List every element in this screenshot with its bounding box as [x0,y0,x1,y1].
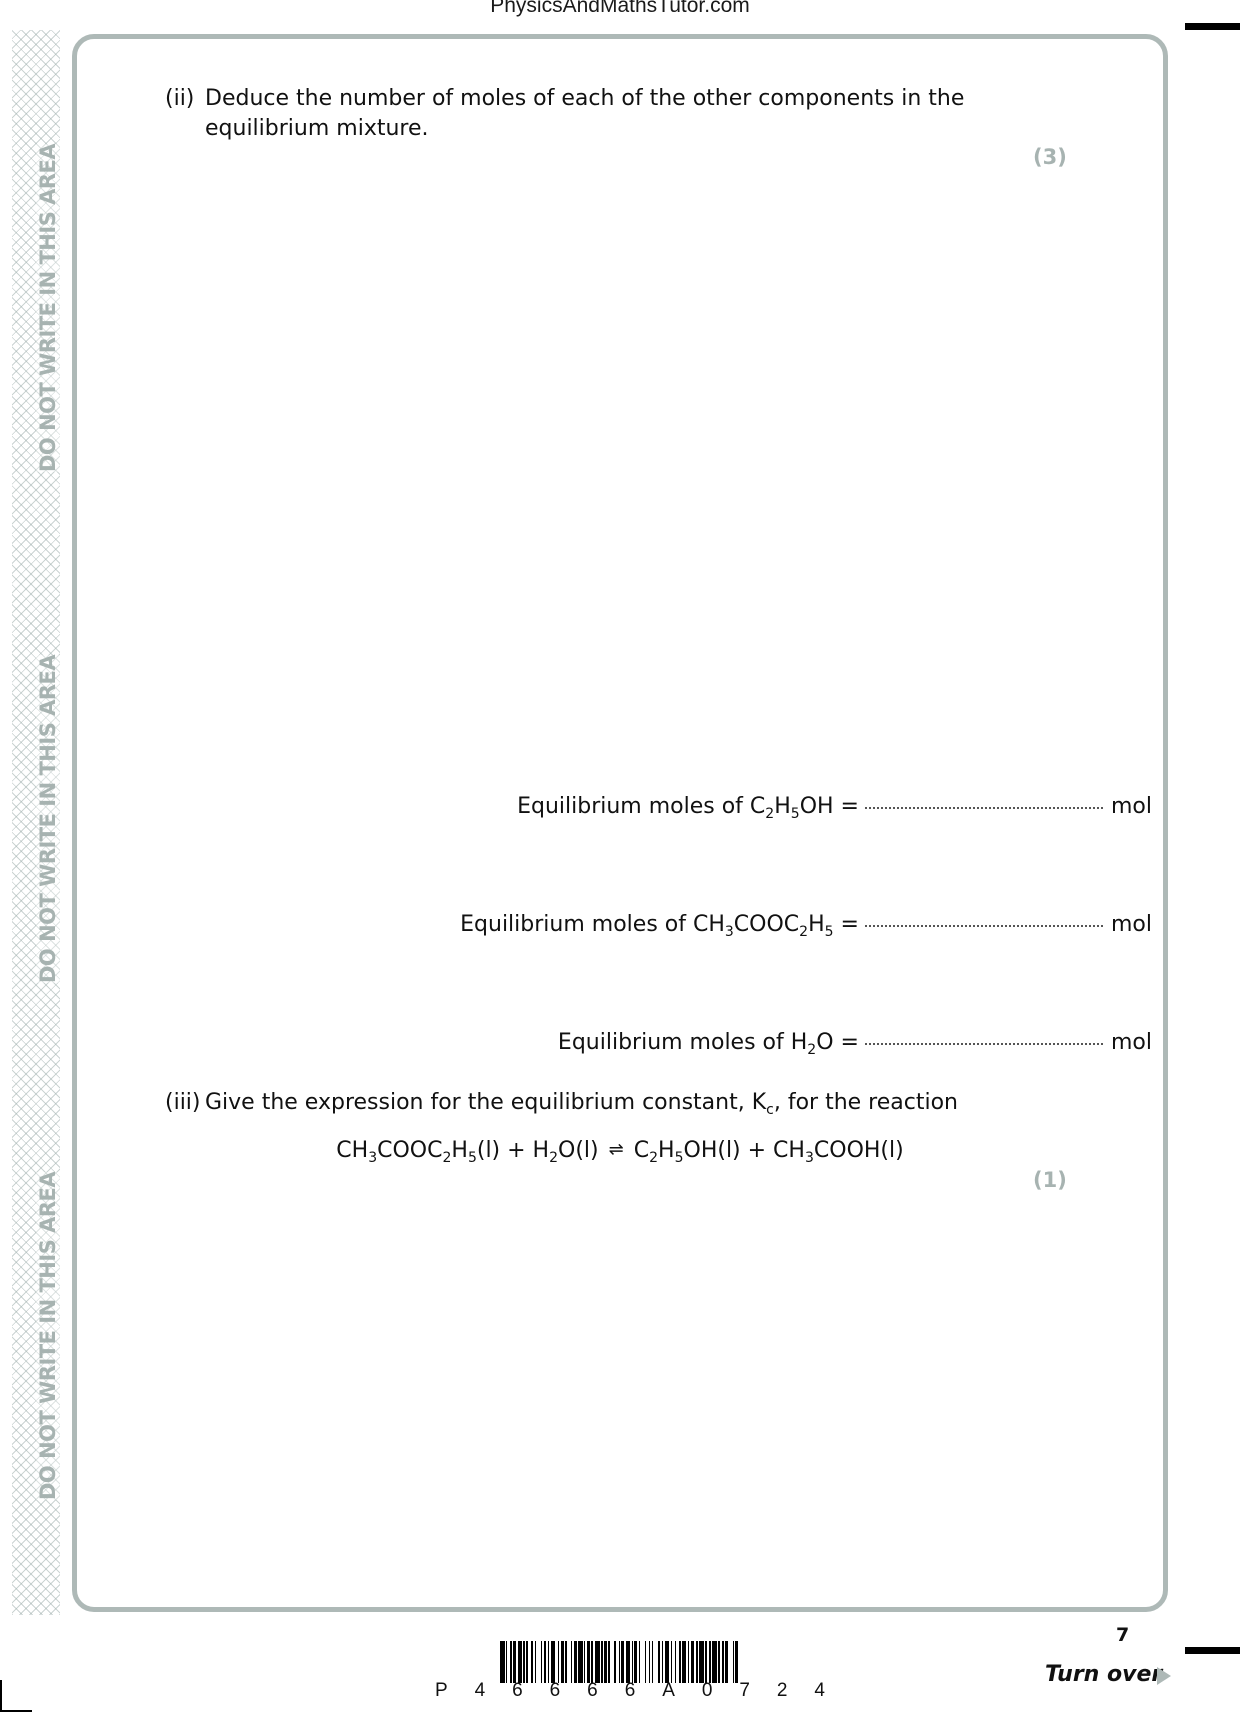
equation-products: C2H5OH(l) + CH3COOH(l) [634,1138,904,1163]
question-ii-text-line2: equilibrium mixture. [205,116,429,141]
barcode-text: P46666A0724 [435,1680,825,1702]
formula-subscript: 5 [468,1150,477,1166]
answer-label: Equilibrium moles of CH3COOC2H5 = [460,912,859,937]
answer-unit: mol [1111,794,1152,819]
answer-unit: mol [1111,1030,1152,1055]
formula-text: H [791,1030,808,1055]
crop-corner-mark [0,1680,32,1712]
barcode-character: 6 [625,1680,636,1702]
site-header: PhysicsAndMathsTutor.com [0,0,1240,18]
barcode-character: P [435,1680,448,1702]
formula-text: H [808,912,825,937]
crop-mark-top [1185,23,1240,30]
formula-subscript: 2 [807,1042,816,1058]
question-iii-kc-subscript: c [766,1102,774,1118]
answer-blank-field[interactable] [865,806,1103,809]
formula-text: OH(l) + CH [684,1138,805,1163]
formula-subscript: 3 [725,924,734,940]
question-ii-text-line1: Deduce the number of moles of each of th… [205,86,964,111]
formula-text: CH [693,912,725,937]
formula-subscript: 2 [649,1150,658,1166]
answer-blank-field[interactable] [865,924,1103,927]
formula-text: (l) + H [477,1138,549,1163]
answer-frame [72,34,1168,1612]
equilibrium-arrow-icon: ⇌ [609,1139,624,1160]
barcode-character: 4 [814,1680,825,1702]
question-iii-text-after: , for the reaction [774,1090,958,1115]
reaction-equation: CH3COOC2H5(l) + H2O(l) ⇌ C2H5OH(l) + CH3… [0,1138,1240,1163]
barcode-character: 6 [512,1680,523,1702]
barcode [395,1641,845,1683]
question-iii-text: Give the expression for the equilibrium … [205,1090,958,1115]
formula-text: COOC [377,1138,442,1163]
margin-warning-3: DO NOT WRITE IN THIS AREA [36,1172,60,1500]
answer-line-water: Equilibrium moles of H2O =mol [558,1030,1152,1055]
question-iii-number: (iii) [165,1090,201,1115]
answer-line-ethanol: Equilibrium moles of C2H5OH =mol [517,794,1152,819]
answer-blank-field[interactable] [865,1042,1103,1045]
formula-text: H [774,794,791,819]
margin-warning-2: DO NOT WRITE IN THIS AREA [36,655,60,983]
formula-subscript: 5 [791,806,800,822]
question-ii-number: (ii) [165,86,194,111]
question-iii-text-before: Give the expression for the equilibrium … [205,1090,766,1115]
formula-text: O [816,1030,833,1055]
formula-text: C [634,1138,649,1163]
answer-label: Equilibrium moles of H2O = [558,1030,859,1055]
page-number: 7 [1116,1624,1129,1646]
barcode-character: 7 [739,1680,750,1702]
question-iii-marks: (1) [1033,1168,1067,1192]
formula-text: O(l) [558,1138,599,1163]
barcode-character: 6 [587,1680,598,1702]
formula-subscript: 2 [799,924,808,940]
formula-text: OH [800,794,834,819]
margin-warning-1: DO NOT WRITE IN THIS AREA [36,144,60,472]
question-ii-marks: (3) [1033,145,1067,169]
turn-over-label: Turn over [1045,1662,1162,1687]
formula-subscript: 2 [765,806,774,822]
equation-reactants: CH3COOC2H5(l) + H2O(l) [336,1138,598,1163]
answer-label: Equilibrium moles of C2H5OH = [517,794,859,819]
barcode-character: A [662,1680,675,1702]
answer-unit: mol [1111,912,1152,937]
formula-subscript: 3 [368,1150,377,1166]
formula-text: COOC [734,912,799,937]
formula-subscript: 2 [549,1150,558,1166]
formula-text: COOH(l) [814,1138,904,1163]
formula-text: H [451,1138,468,1163]
crop-mark-bottom [1185,1647,1240,1654]
formula-text: H [658,1138,675,1163]
barcode-character: 6 [550,1680,561,1702]
formula-subscript: 5 [825,924,834,940]
answer-line-ethyl-ethanoate: Equilibrium moles of CH3COOC2H5 =mol [460,912,1152,937]
formula-subscript: 5 [675,1150,684,1166]
turn-over-arrow-icon [1157,1667,1171,1685]
barcode-character: 4 [475,1680,486,1702]
formula-subscript: 3 [805,1150,814,1166]
formula-text: C [750,794,765,819]
barcode-character: 2 [777,1680,788,1702]
formula-text: CH [336,1138,368,1163]
barcode-character: 0 [702,1680,713,1702]
